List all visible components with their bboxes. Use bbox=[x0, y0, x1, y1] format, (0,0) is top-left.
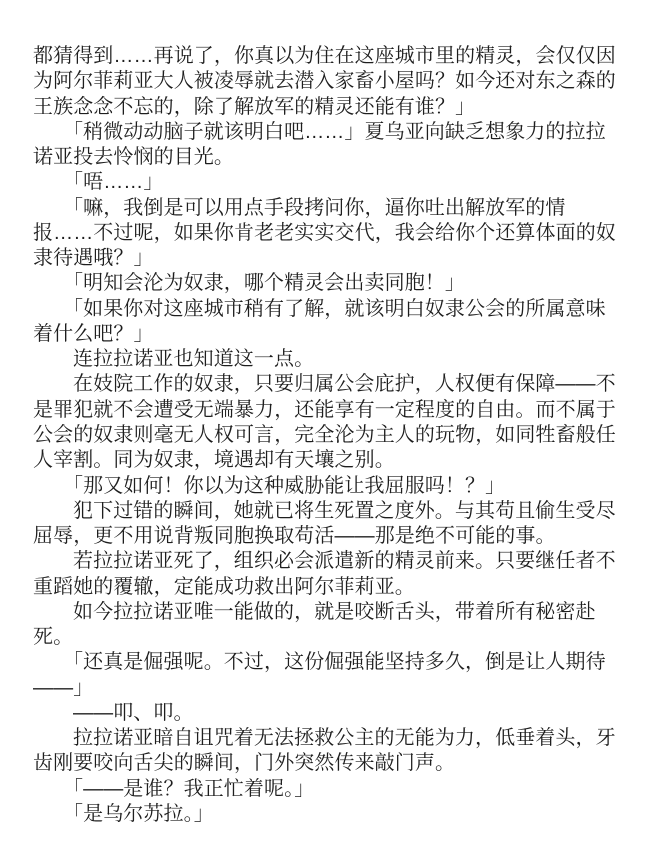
text-line: 诺亚投去怜悯的目光。 bbox=[33, 145, 620, 170]
text-line: 「唔……」 bbox=[33, 170, 620, 195]
text-line: 报……不过呢，如果你肯老老实实交代，我会给你个还算体面的奴 bbox=[33, 221, 620, 246]
paragraph-narration: 若拉拉诺亚死了，组织必会派遣新的精灵前来。只要继任者不重蹈她的覆辙，定能成功救出… bbox=[33, 549, 620, 600]
text-line: 人宰割。同为奴隶，境遇却有天壤之别。 bbox=[33, 448, 620, 473]
page-content: 都猜得到……再说了，你真以为住在这座城市里的精灵，会仅仅因为阿尔菲莉亚大人被凌辱… bbox=[0, 0, 650, 850]
text-line: 都猜得到……再说了，你真以为住在这座城市里的精灵，会仅仅因 bbox=[33, 44, 620, 69]
text-line: 「——是谁？我正忙着呢。」 bbox=[33, 777, 620, 802]
paragraph-continuation: 都猜得到……再说了，你真以为住在这座城市里的精灵，会仅仅因为阿尔菲莉亚大人被凌辱… bbox=[33, 44, 620, 120]
text-line: 重蹈她的覆辙，定能成功救出阿尔菲莉亚。 bbox=[33, 575, 620, 600]
paragraph-dialogue: 「稍微动动脑子就该明白吧……」夏乌亚向缺乏想象力的拉拉诺亚投去怜悯的目光。 bbox=[33, 120, 620, 171]
text-line: 为阿尔菲莉亚大人被凌辱就去潜入家畜小屋吗？如今还对东之森的 bbox=[33, 69, 620, 94]
paragraph-dialogue: 「唔……」 bbox=[33, 170, 620, 195]
text-line: 「如果你对这座城市稍有了解，就该明白奴隶公会的所属意味 bbox=[33, 297, 620, 322]
text-line: ——叩、叩。 bbox=[33, 701, 620, 726]
text-line: 犯下过错的瞬间，她就已将生死置之度外。与其苟且偷生受尽 bbox=[33, 499, 620, 524]
text-line: 「那又如何！你以为这种威胁能让我屈服吗！？」 bbox=[33, 474, 620, 499]
paragraph-dialogue: 「——是谁？我正忙着呢。」 bbox=[33, 777, 620, 802]
text-line: 「明知会沦为奴隶，哪个精灵会出卖同胞！」 bbox=[33, 271, 620, 296]
paragraph-narration: 拉拉诺亚暗自诅咒着无法拯救公主的无能为力，低垂着头，牙齿刚要咬向舌尖的瞬间，门外… bbox=[33, 726, 620, 777]
text-line: 齿刚要咬向舌尖的瞬间，门外突然传来敲门声。 bbox=[33, 751, 620, 776]
novel-page-body: { "page": { "background_color": "#ffffff… bbox=[0, 0, 650, 850]
text-line: ——」 bbox=[33, 676, 620, 701]
text-line: 「稍微动动脑子就该明白吧……」夏乌亚向缺乏想象力的拉拉 bbox=[33, 120, 620, 145]
paragraph-dialogue: 「还真是倔强呢。不过，这份倔强能坚持多久，倒是让人期待——」 bbox=[33, 650, 620, 701]
text-line: 死。 bbox=[33, 625, 620, 650]
text-line: 若拉拉诺亚死了，组织必会派遣新的精灵前来。只要继任者不 bbox=[33, 549, 620, 574]
paragraph-narration: ——叩、叩。 bbox=[33, 701, 620, 726]
text-line: 王族念念不忘的，除了解放军的精灵还能有谁？」 bbox=[33, 95, 620, 120]
paragraph-narration: 如今拉拉诺亚唯一能做的，就是咬断舌头，带着所有秘密赴死。 bbox=[33, 600, 620, 651]
paragraph-dialogue: 「如果你对这座城市稍有了解，就该明白奴隶公会的所属意味着什么吧？」 bbox=[33, 297, 620, 348]
paragraph-narration: 犯下过错的瞬间，她就已将生死置之度外。与其苟且偷生受尽屈辱，更不用说背叛同胞换取… bbox=[33, 499, 620, 550]
text-line: 如今拉拉诺亚唯一能做的，就是咬断舌头，带着所有秘密赴 bbox=[33, 600, 620, 625]
text-line: 「还真是倔强呢。不过，这份倔强能坚持多久，倒是让人期待 bbox=[33, 650, 620, 675]
text-line: 在妓院工作的奴隶，只要归属公会庇护，人权便有保障——不 bbox=[33, 372, 620, 397]
text-line: 隶待遇哦？」 bbox=[33, 246, 620, 271]
text-line: 着什么吧？」 bbox=[33, 322, 620, 347]
paragraph-dialogue: 「是乌尔苏拉。」 bbox=[33, 802, 620, 827]
paragraph-dialogue: 「嘛，我倒是可以用点手段拷问你，逼你吐出解放军的情报……不过呢，如果你肯老老实实… bbox=[33, 196, 620, 272]
text-line: 「嘛，我倒是可以用点手段拷问你，逼你吐出解放军的情 bbox=[33, 196, 620, 221]
paragraph-dialogue: 「明知会沦为奴隶，哪个精灵会出卖同胞！」 bbox=[33, 271, 620, 296]
paragraph-dialogue: 「那又如何！你以为这种威胁能让我屈服吗！？」 bbox=[33, 474, 620, 499]
text-line: 连拉拉诺亚也知道这一点。 bbox=[33, 347, 620, 372]
text-line: 公会的奴隶则毫无人权可言，完全沦为主人的玩物，如同牲畜般任 bbox=[33, 423, 620, 448]
paragraph-narration: 在妓院工作的奴隶，只要归属公会庇护，人权便有保障——不是罪犯就不会遭受无端暴力，… bbox=[33, 372, 620, 473]
text-line: 屈辱，更不用说背叛同胞换取苟活——那是绝不可能的事。 bbox=[33, 524, 620, 549]
text-line: 「是乌尔苏拉。」 bbox=[33, 802, 620, 827]
text-line: 是罪犯就不会遭受无端暴力，还能享有一定程度的自由。而不属于 bbox=[33, 398, 620, 423]
paragraph-narration: 连拉拉诺亚也知道这一点。 bbox=[33, 347, 620, 372]
text-line: 拉拉诺亚暗自诅咒着无法拯救公主的无能为力，低垂着头，牙 bbox=[33, 726, 620, 751]
